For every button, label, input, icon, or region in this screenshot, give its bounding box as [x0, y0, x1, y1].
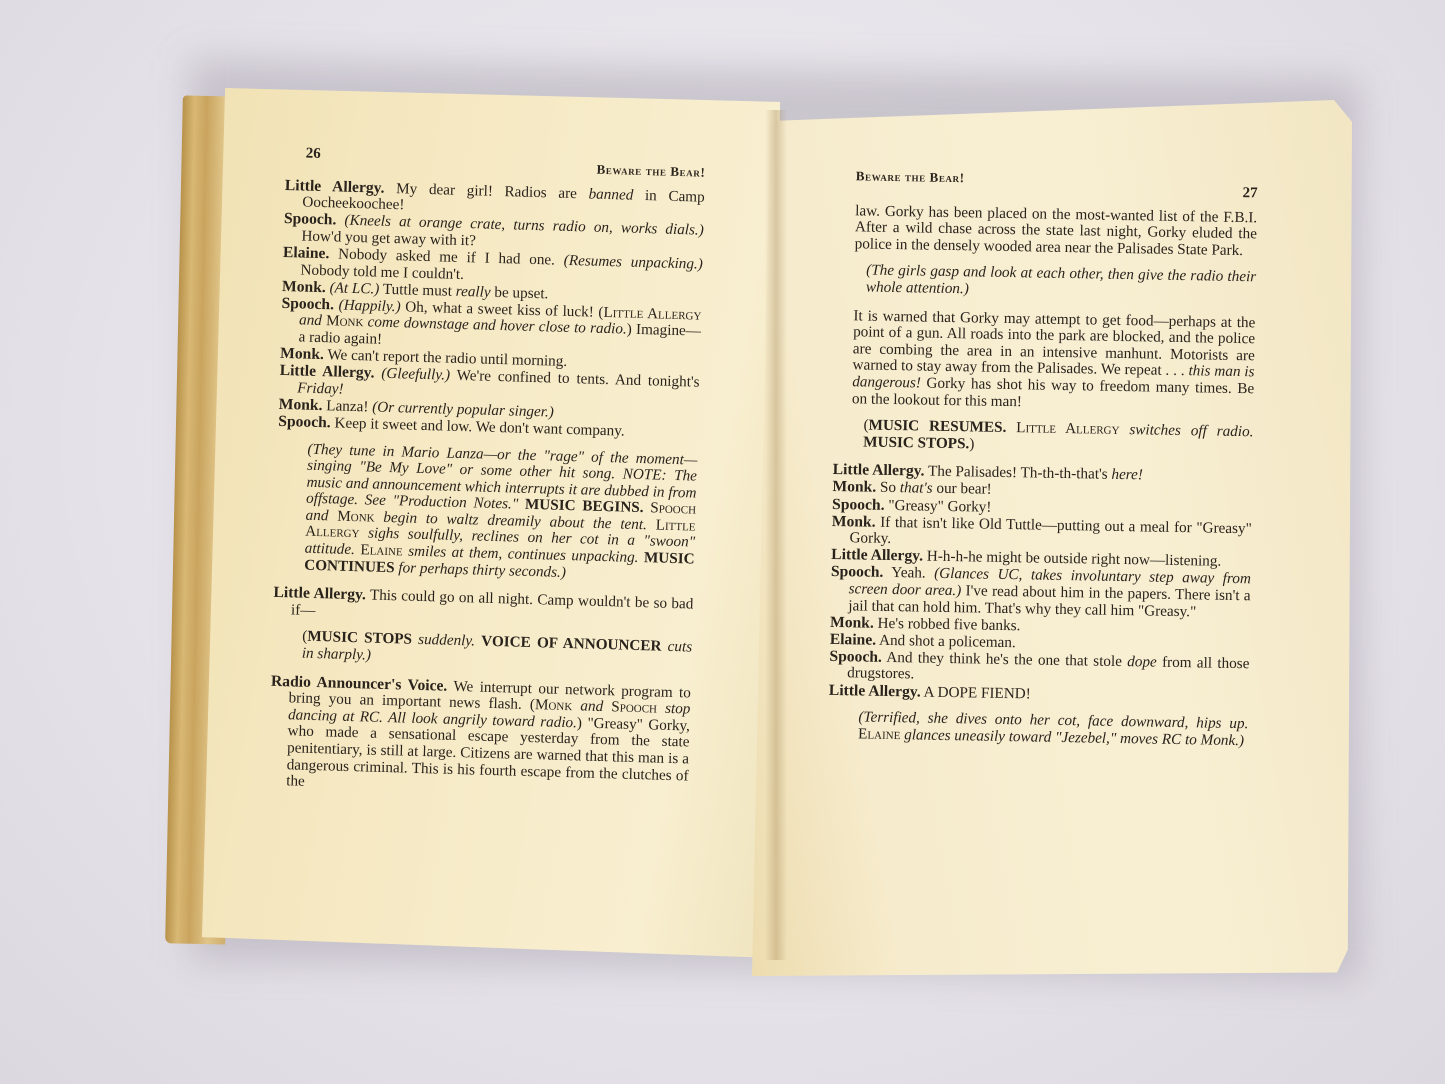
speaker-name: Monk. [832, 513, 876, 531]
announcement-paragraph: It is warned that Gorky may attempt to g… [852, 308, 1256, 415]
text-run: Yeah. [883, 564, 934, 582]
speaker-name: Spooch. [832, 495, 885, 513]
text-run: ) [969, 435, 974, 452]
text-run: So [876, 479, 900, 496]
cue-run: MUSIC STOPS. [863, 433, 969, 452]
continued-paragraph: law. Gorky has been placed on the most-w… [855, 203, 1258, 260]
dialogue-line: Radio Announcer's Voice. We interrupt ou… [268, 673, 691, 801]
text-run: be upset. [490, 283, 548, 302]
right-running-head: Beware the Bear! 27 [856, 168, 1258, 202]
character-name: Monk [535, 696, 573, 714]
character-name: Little Allergy [1016, 419, 1120, 438]
character-name: Spooch [650, 500, 696, 518]
italic-run: and [572, 697, 611, 715]
italic-run: (Resumes unpacking.) [564, 252, 704, 273]
italic-run: for perhaps thirty seconds.) [394, 559, 566, 581]
italic-run: Friday! [297, 379, 344, 397]
speaker-name: Spooch. [831, 563, 884, 581]
text-run: My dear girl! Radios are [384, 179, 589, 202]
character-name: Spooch [611, 699, 657, 717]
speaker-name: Little Allergy. [285, 177, 385, 197]
right-page-text: Beware the Bear! 27 law. Gorky has been … [828, 168, 1258, 762]
stage-direction: (MUSIC STOPS suddenly. VOICE OF ANNOUNCE… [302, 629, 693, 673]
speaker-name: Spooch. [278, 413, 331, 431]
text-run: A DOPE FIEND! [921, 683, 1031, 702]
italic-run: suddenly. [412, 631, 482, 650]
speaker-name: Little Allergy. [833, 461, 925, 480]
italic-run: and [299, 312, 326, 330]
italic-run: switches off radio. [1119, 421, 1253, 440]
italic-run: (At LC.) [329, 279, 379, 297]
text-run: "Greasy" Gorky! [884, 496, 991, 515]
text-run: Tuttle must [379, 280, 456, 299]
italic-run: really [456, 282, 491, 300]
stage-direction: (Terrified, she dives onto her cot, face… [858, 710, 1249, 750]
italic-run: that's [900, 480, 933, 498]
speaker-name: Elaine. [830, 631, 877, 649]
left-page-body: Little Allergy. My dear girl! Radios are… [268, 178, 705, 802]
text-run: And they think he's the one that stole [882, 649, 1128, 670]
speaker-name: Little Allergy. [279, 362, 374, 382]
speaker-name: Elaine. [283, 244, 330, 262]
character-name: Monk [337, 507, 375, 525]
character-name: Elaine [858, 725, 901, 743]
character-name: Monk [326, 313, 364, 331]
italic-run: here! [1111, 466, 1143, 484]
italic-run: banned [588, 185, 633, 203]
stage-direction: (They tune in Mario Lanza—or the "rage" … [304, 441, 698, 585]
italic-run: (The girls gasp and look at each other, … [866, 262, 1257, 297]
stage-direction: (MUSIC RESUMES. Little Allergy switches … [863, 418, 1254, 458]
cue-run: VOICE OF ANNOUNCER [481, 633, 662, 655]
running-head-title: Beware the Bear! [856, 168, 965, 186]
running-head-title: Beware the Bear! [596, 162, 705, 182]
speaker-name: Monk. [280, 345, 324, 363]
italic-run: and [305, 507, 337, 525]
speaker-name: Monk. [282, 278, 326, 296]
speaker-name: Little Allergy. [273, 584, 366, 604]
page-number: 27 [1242, 185, 1257, 202]
italic-run: (Gleefully.) [381, 365, 450, 384]
speaker-name: Spooch. [281, 295, 334, 313]
left-page-text: 26 Beware the Bear! Little Allergy. My d… [268, 145, 706, 802]
italic-run: dope [1127, 653, 1157, 671]
stage-direction: (The girls gasp and look at each other, … [866, 263, 1257, 303]
speaker-name: Spooch. [829, 648, 882, 666]
text-run: Lanza! [322, 397, 372, 415]
book-spine [765, 110, 787, 960]
speaker-name: Monk. [832, 478, 876, 496]
speaker-name: Monk. [279, 396, 323, 414]
right-page-body: law. Gorky has been placed on the most-w… [828, 203, 1257, 750]
speaker-name: Monk. [830, 614, 874, 632]
speaker-name: Spooch. [284, 210, 337, 228]
character-name: Elaine [360, 541, 403, 559]
text-run [1006, 419, 1016, 436]
text-run: law. Gorky has been placed on the most-w… [855, 202, 1258, 259]
text-run: If that isn't like Old Tuttle—putting ou… [849, 513, 1252, 547]
text-run: our bear! [932, 480, 991, 498]
dialogue-line: Little Allergy. This could go on all nig… [273, 585, 694, 630]
page-number: 26 [306, 146, 321, 163]
speaker-name: Little Allergy. [829, 681, 921, 700]
speaker-name: Little Allergy. [831, 546, 923, 565]
dialogue-line: Spooch. Yeah. (Glances UC, takes involun… [830, 564, 1251, 621]
